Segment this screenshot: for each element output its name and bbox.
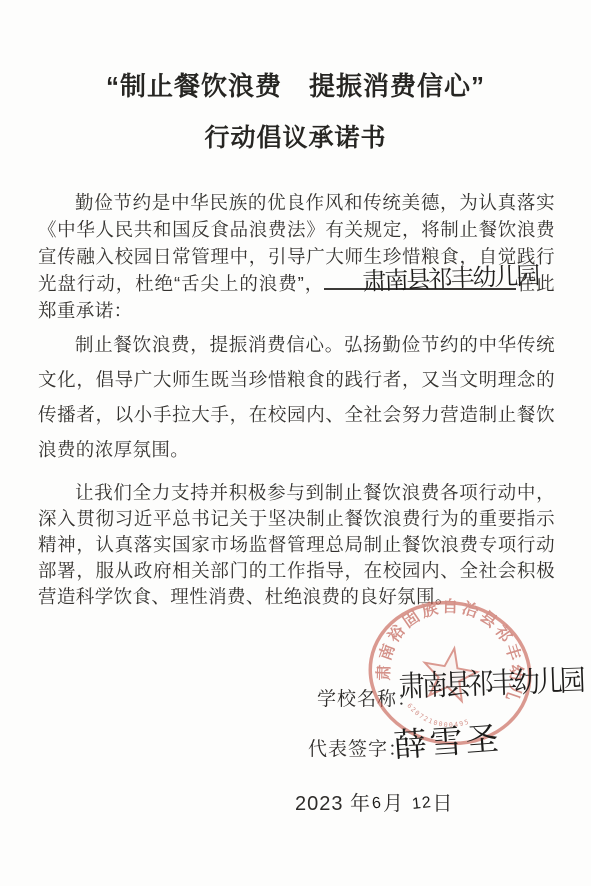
handwritten-school-name-inline: 肃南县祁丰幼儿园 [325, 263, 539, 297]
action-paragraph: 让我们全力支持并积极参与到制止餐饮浪费各项行动中，深入贯彻习近平总书记关于坚决制… [38, 480, 555, 610]
pledge-paragraph: 制止餐饮浪费，提振消费信心。弘扬勤俭节约的中华传统文化，倡导广大师生既当珍惜粮食… [38, 327, 555, 467]
date-day-unit: 日 [432, 793, 453, 815]
handwritten-month: 6 [371, 795, 383, 814]
title-line-2: 行动倡议承诺书 [0, 118, 591, 154]
opening-paragraph: 勤俭节约是中华民族的优良作风和传统美德，为认真落实《中华人民共和国反食品浪费法》… [38, 189, 555, 324]
handwritten-day: 12 [411, 794, 433, 814]
blank-underline: 肃南县祁丰幼儿园 [324, 272, 516, 290]
date-line: 2023 年6月 12日 [295, 787, 453, 816]
document-page: “制止餐饮浪费 提振消费信心” 行动倡议承诺书 勤俭节约是中华民族的优良作风和传… [0, 0, 591, 886]
handwritten-representative-signature: 薛雪圣 [392, 712, 503, 766]
title-line-1: “制止餐饮浪费 提振消费信心” [0, 66, 591, 103]
date-month-unit: 月 [383, 793, 404, 815]
date-year: 2023 年 [295, 793, 371, 815]
handwritten-school-name: 肃南县祁丰幼儿园 [398, 658, 583, 706]
